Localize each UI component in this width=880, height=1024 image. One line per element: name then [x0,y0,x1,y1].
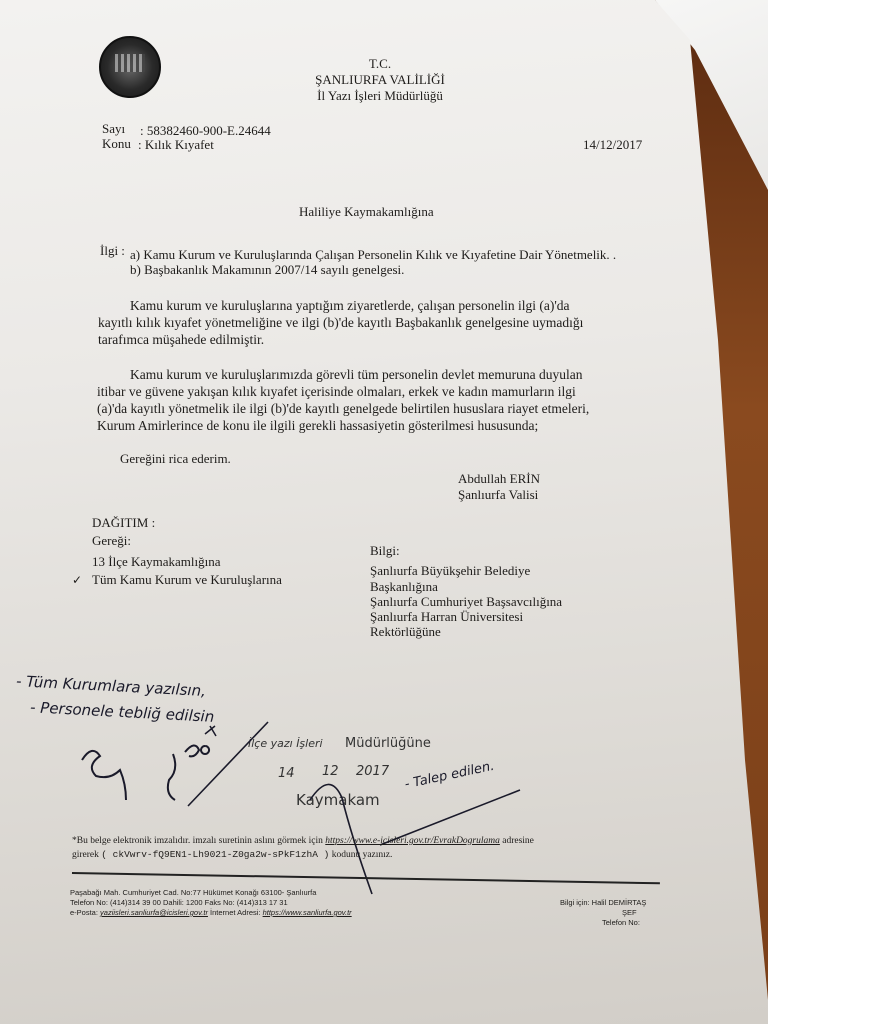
subject-label: Konu [102,136,131,152]
reference-b: b) Başbakanlık Makamının 2007/14 sayılı … [130,262,404,278]
official-letter-page: T.C. ŞANLIURFA VALİLİĞİ İl Yazı İşleri M… [0,0,768,1024]
distribution-info-item: Başkanlığına [370,579,438,595]
distribution-info-item: Şanlıurfa Büyükşehir Belediye [370,563,530,579]
handwritten-forward-to: İlçe yazı İşleri [248,736,323,752]
governorship-seal-icon [99,36,161,98]
esign-verification-code: ( ckVwrv-fQ9EN1-Lh9021-Z0ga2w-sPkF1zhA ) [101,849,329,860]
esign-notice-text: girerek [72,850,99,860]
footer-phone: Telefon No: (414)314 39 00 Dahili: 1200 … [70,898,288,908]
handwritten-note-line-2: - Personele tebliğ edilsin [30,699,215,725]
paragraph-2-line-2: itibar ve güvene yakışan kılık kıyafet i… [97,383,576,400]
checkmark-icon: ✓ [72,572,82,588]
contact-title: ŞEF [622,908,637,918]
distribution-info-label: Bilgi: [370,543,400,559]
header-department: İl Yazı İşleri Müdürlüğü [300,88,460,104]
paragraph-1-line-3: tarafımca müşahede edilmiştir. [98,331,264,348]
document-date: 14/12/2017 [583,137,642,153]
handwritten-signatures [0,0,768,1024]
handwritten-date-day: 14 [278,766,295,782]
subject-value: : Kılık Kıyafet [138,137,214,153]
contact-info: Bilgi için: Halil DEMİRTAŞ [560,898,646,908]
reference-a: a) Kamu Kurum ve Kuruluşlarında Çalışan … [130,247,616,263]
esign-notice-line-2: girerek ( ckVwrv-fQ9EN1-Lh9021-Z0ga2w-sP… [72,849,392,861]
distribution-action-item: Tüm Kamu Kurum ve Kuruluşlarına [92,572,282,588]
recipient: Haliliye Kaymakamlığına [299,204,434,220]
paragraph-2-line-4: Kurum Amirlerince de konu ile ilgili ger… [97,417,538,434]
header-country: T.C. [300,56,460,72]
handwritten-date-year: 2017 [356,764,389,780]
footer-web-link[interactable]: https://www.sanliurfa.gov.tr [263,908,352,917]
stamp-role: Kaymakam [296,792,380,808]
esign-notice-line-1: *Bu belge elektronik imzalıdır. imzalı s… [72,835,534,847]
stamp-directorate-suffix: Müdürlüğüne [345,736,431,752]
paragraph-2-line-3: (a)'da kayıtlı yönetmelik ile ilgi (b)'d… [97,400,589,417]
footer-contact-links: e-Posta: yaziisleri.sanliurfa@icisleri.g… [70,908,352,918]
handwritten-note-line-1: - Tüm Kurumlara yazılsın, [16,673,207,699]
contact-phone: Telefon No: [602,918,640,928]
signatory-title: Şanlıurfa Valisi [458,487,538,503]
header-institution: ŞANLIURFA VALİLİĞİ [300,72,460,88]
esign-notice-text: *Bu belge elektronik imzalıdır. imzalı s… [72,836,323,846]
esign-verification-link[interactable]: https://www.e-icisleri.gov.tr/EvrakDogru… [325,836,500,846]
distribution-info-item: Şanlıurfa Harran Üniversitesi [370,609,523,625]
distribution-action-item: 13 İlçe Kaymakamlığına [92,554,221,570]
distribution-info-item: Rektörlüğüne [370,624,441,640]
paragraph-2-line-1: Kamu kurum ve kuruluşlarımızda görevli t… [130,366,583,383]
handwritten-remark: - Talep edilen. [403,759,496,794]
esign-notice-text: kodunu yazınız. [332,850,393,860]
paragraph-1-line-2: kayıtlı kılık kıyafet yönetmeliğine ve i… [98,314,583,331]
paragraph-1-line-1: Kamu kurum ve kuruluşlarına yaptığım ziy… [130,297,570,314]
closing-line: Gereğini rica ederim. [120,451,231,467]
footer-email-link[interactable]: yaziisleri.sanliurfa@icisleri.gov.tr [100,908,208,917]
distribution-action-label: Gereği: [92,533,131,549]
footer-divider [72,872,660,884]
footer-address: Paşabağı Mah. Cumhuriyet Cad. No:77 Hükü… [70,888,316,898]
number-label: Sayı [102,121,125,137]
distribution-info-item: Şanlıurfa Cumhuriyet Başsavcılığına [370,594,562,610]
distribution-title: DAĞITIM : [92,515,155,531]
email-label: e-Posta: [70,908,98,917]
web-label: İnternet Adresi: [210,908,260,917]
reference-label: İlgi : [100,243,125,259]
handwritten-date-month: 12 [322,764,339,780]
esign-notice-text: adresine [502,836,534,846]
signatory-name: Abdullah ERİN [458,471,540,487]
